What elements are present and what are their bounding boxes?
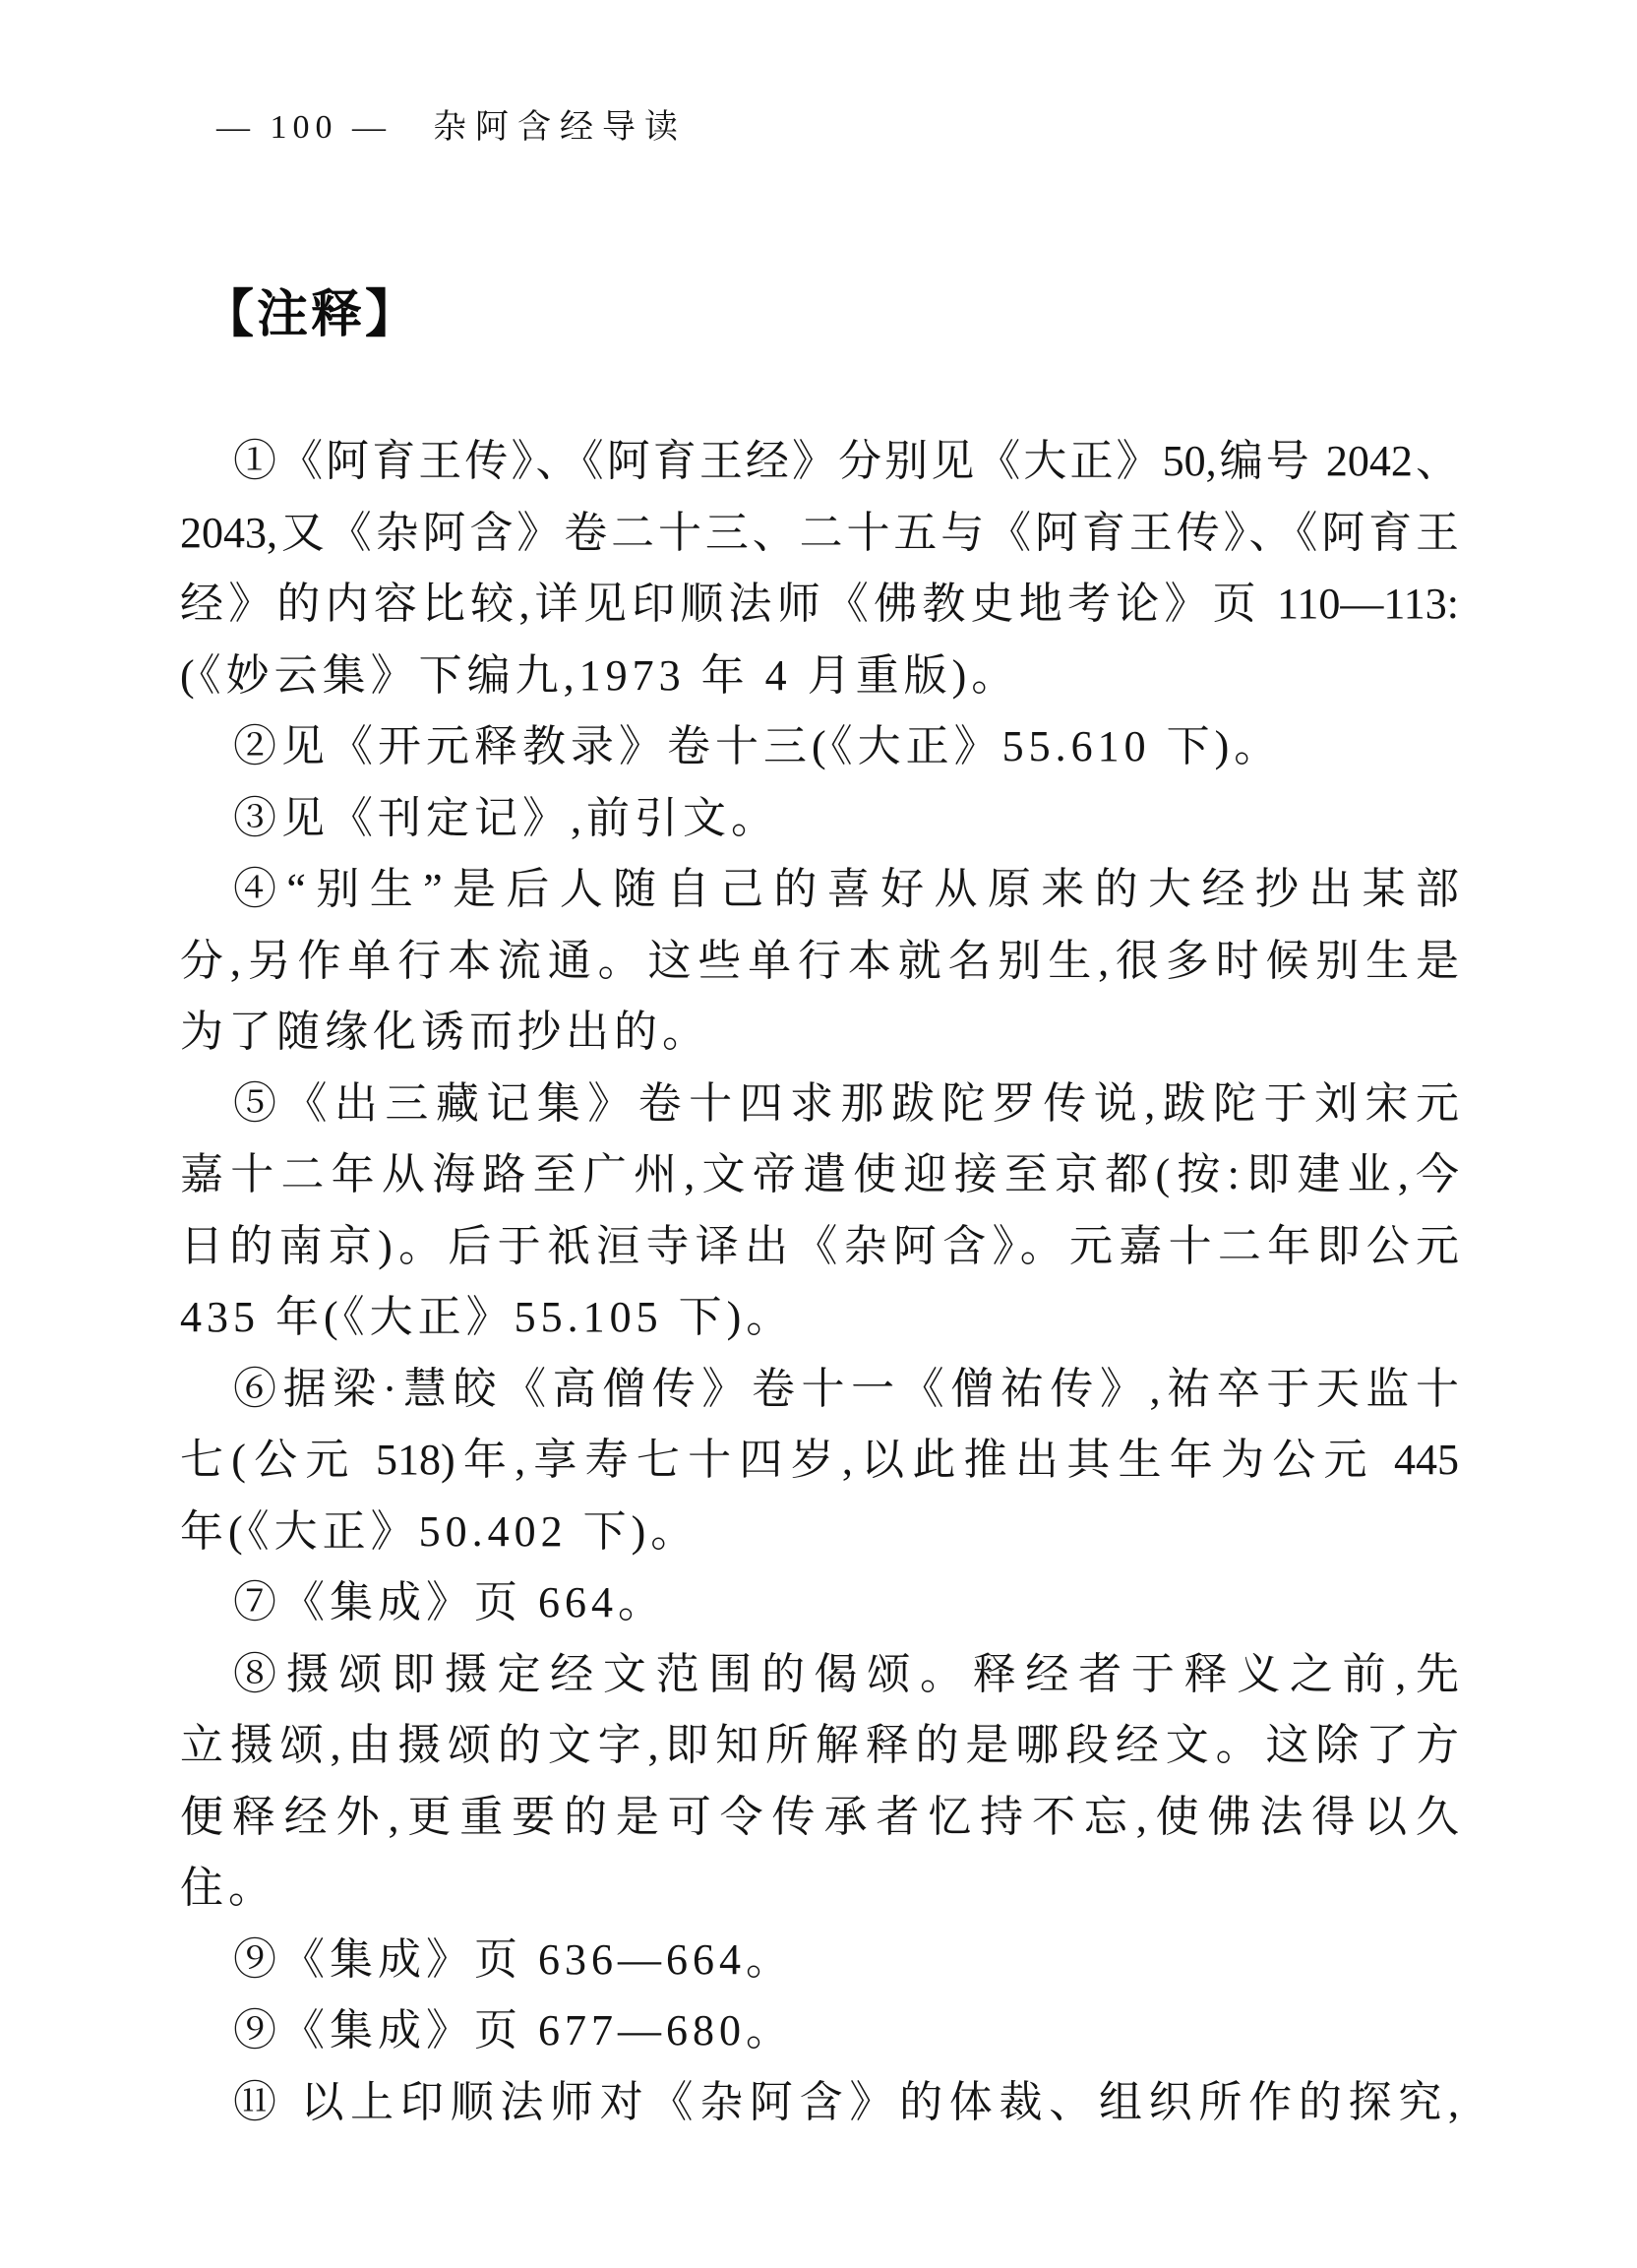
note-line: 日的南京)。后于祇洹寺译出《杂阿含》。元嘉十二年即公元	[180, 1211, 1459, 1283]
note-line: 年(《大正》50.402 下)。	[180, 1497, 1459, 1568]
page-number: — 100 —	[216, 109, 392, 146]
running-header-book-title: 杂阿含经导读	[433, 109, 687, 146]
note-line: 经》的内容比较,详见印顺法师《佛教史地考论》页 110—113:	[180, 569, 1459, 641]
note-line: 435 年(《大正》55.105 下)。	[180, 1282, 1459, 1354]
note-line: 便释经外,更重要的是可令传承者忆持不忘,使佛法得以久	[180, 1782, 1459, 1854]
note-line: ④“别生”是后人随自己的喜好从原来的大经抄出某部	[180, 854, 1459, 926]
note-line: 2043,又《杂阿含》卷二十三、二十五与《阿育王传》、《阿育王	[180, 498, 1459, 570]
note-line: ⑨《集成》页 636—664。	[180, 1925, 1459, 1996]
note-line: (《妙云集》下编九,1973 年 4 月重版)。	[180, 641, 1459, 712]
note-line: ⑧摄颂即摄定经文范围的偈颂。释经者于释义之前,先	[180, 1639, 1459, 1711]
note-lines: ①《阿育王传》、《阿育王经》分别见《大正》50,编号 2042、2043,又《杂…	[180, 426, 1459, 2138]
note-line: ⑥据梁·慧皎《高僧传》卷十一《僧祐传》,祐卒于天监十	[180, 1354, 1459, 1426]
note-line: 七(公元 518)年,享寿七十四岁,以此推出其生年为公元 445	[180, 1425, 1459, 1497]
note-line: ⑦《集成》页 664。	[180, 1567, 1459, 1639]
note-line: ②见《开元释教录》卷十三(《大正》55.610 下)。	[180, 711, 1459, 783]
note-line: 分,另作单行本流通。这些单行本就名别生,很多时候别生是	[180, 926, 1459, 998]
note-line: 嘉十二年从海路至广州,文帝遣使迎接至京都(按:即建业,今	[180, 1139, 1459, 1211]
note-line: ①《阿育王传》、《阿育王经》分别见《大正》50,编号 2042、	[180, 426, 1459, 498]
note-line: 住。	[180, 1853, 1459, 1925]
book-page: — 100 —杂阿含经导读 【注释】 ①《阿育王传》、《阿育王经》分别见《大正》…	[0, 0, 1637, 2268]
note-line: 立摄颂,由摄颂的文字,即知所解释的是哪段经文。这除了方	[180, 1710, 1459, 1782]
running-header: — 100 —杂阿含经导读	[216, 108, 687, 148]
note-line: ⑤《出三藏记集》卷十四求那跋陀罗传说,跋陀于刘宋元	[180, 1069, 1459, 1140]
note-line: ⑪ 以上印顺法师对《杂阿含》的体裁、组织所作的探究,	[180, 2067, 1459, 2139]
note-line: ③见《刊定记》,前引文。	[180, 783, 1459, 855]
note-line: 为了随缘化诱而抄出的。	[180, 997, 1459, 1069]
section-title: 【注释】	[203, 287, 419, 344]
note-line: ⑨《集成》页 677—680。	[180, 1995, 1459, 2067]
